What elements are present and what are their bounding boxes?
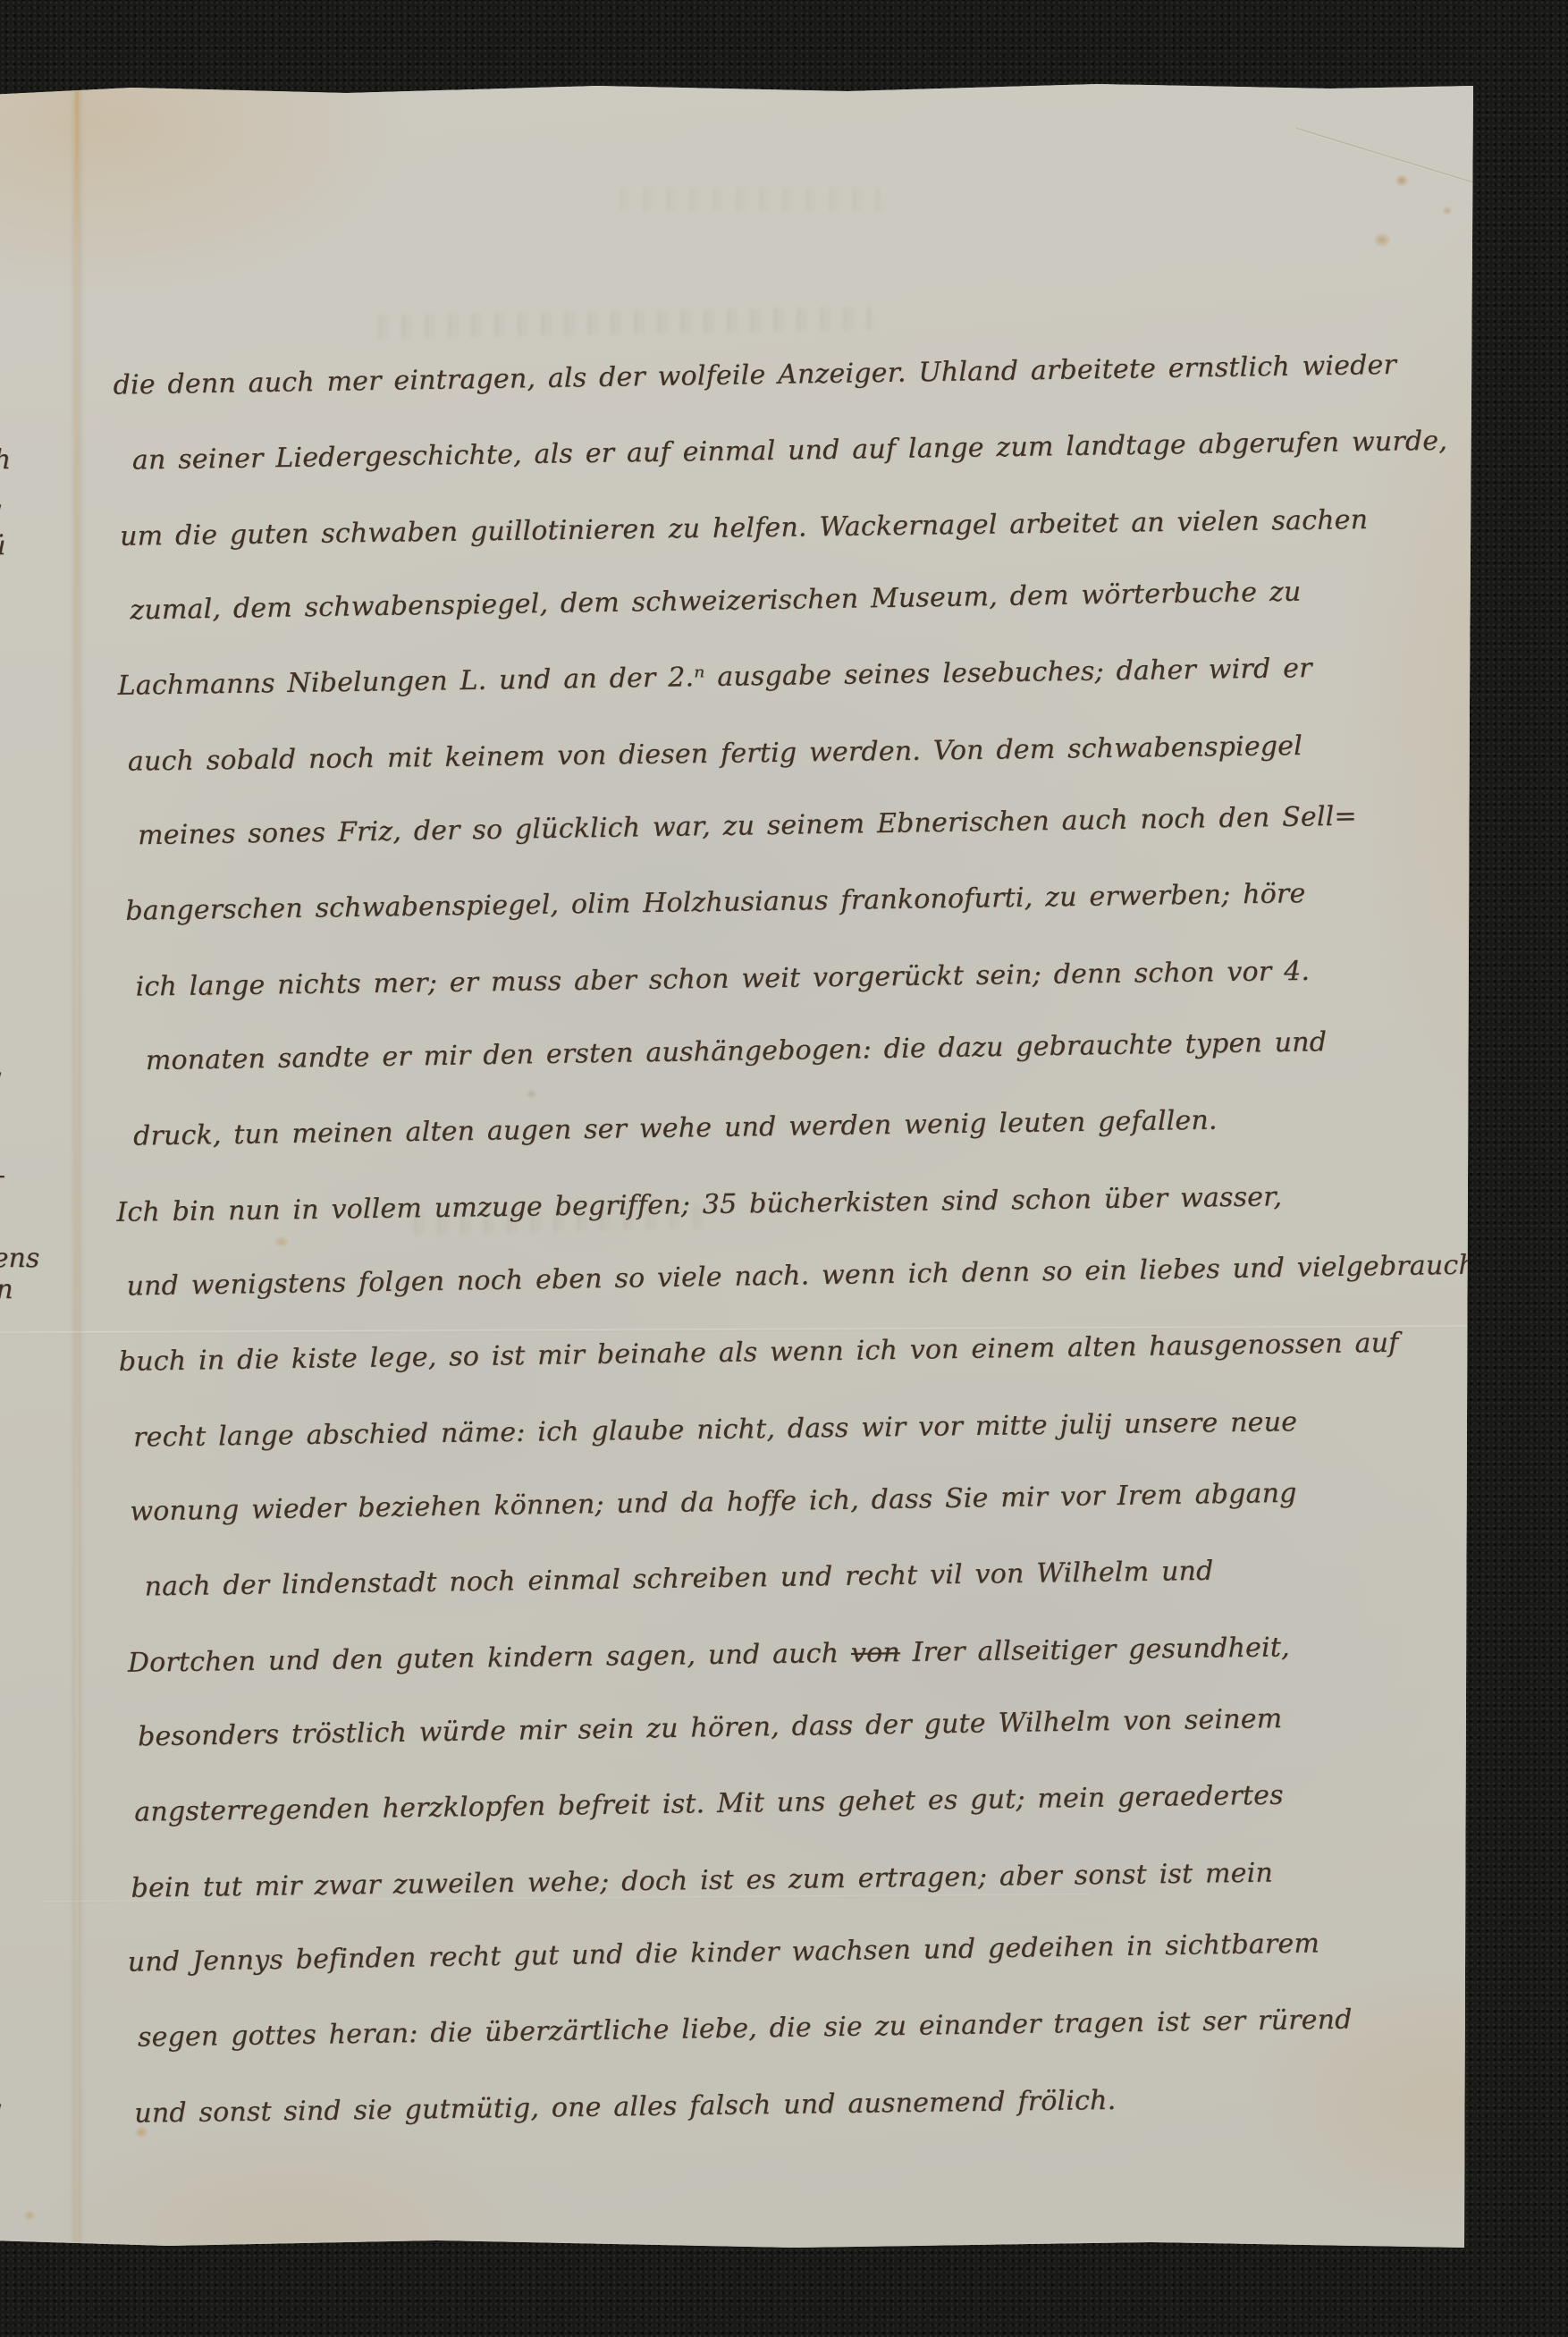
page-edge-text-fragment: — [0,1160,5,1191]
page-edge-text-fragment: zens [0,1243,39,1274]
foxing-stain [1395,174,1409,187]
ink-bleedthrough [615,188,883,211]
letter-body: die denn auch mer eintragen, als der wol… [104,329,1471,2151]
ink-bleedthrough [374,307,874,339]
page-edge-text-fragment: w [0,1062,2,1093]
corner-fold-crease [1296,128,1474,184]
page-edge-text-fragment: ch [0,444,11,476]
page-edge-text-fragment: = [0,677,1,708]
scan-backdrop: { "document": { "kind": "Scanned handwri… [0,0,1568,2337]
foxing-stain [1373,232,1391,248]
page-edge-text-fragment: w [0,2094,2,2125]
struck-out-word: von [851,1637,900,1669]
letter-page: ʼlchwfü=wn—dzensnn)/w die denn auch mer … [0,80,1484,2251]
page-edge-text-fragment: fü [0,530,5,561]
vertical-fold-crease [75,80,79,2251]
page-edge-text-fragment: w [0,494,2,526]
foxing-stain [1442,206,1453,215]
page-edge-text-fragment: nn [0,1274,13,1305]
facing-page-edge-fragments: ʼlchwfü=wn—dzensnn)/w [0,80,52,2251]
